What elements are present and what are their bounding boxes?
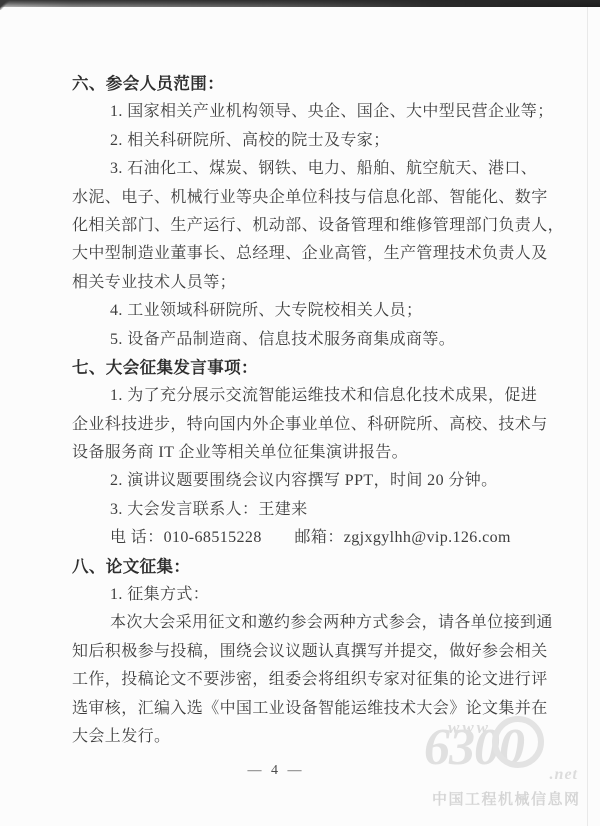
doc-line: 3. 石油化工、煤炭、钢铁、电力、船舶、航空航天、港口、: [72, 155, 548, 183]
scanned-document-page: 六、参会人员范围： 1. 国家相关产业机构领导、央企、国企、大中型民营企业等； …: [0, 0, 600, 826]
doc-line: 5. 设备产品制造商、信息技术服务商集成商等。: [72, 326, 548, 354]
section-heading: 七、大会征集发言事项：: [72, 354, 548, 382]
section-heading: 六、参会人员范围：: [72, 70, 548, 98]
doc-line: 本次大会采用征文和邀约参会两种方式参会，请各单位接到通: [72, 609, 548, 637]
section-heading: 八、论文征集：: [72, 553, 548, 581]
watermark-site-name: 中国工程机械信息网: [432, 788, 581, 809]
doc-line: 3. 大会发言联系人：王建来: [72, 496, 548, 524]
doc-line: 大中型制造业董事长、总经理、企业高管，生产管理技术负责人及: [72, 240, 548, 268]
doc-line: 水泥、电子、机械行业等央企单位科技与信息化部、智能化、数字: [72, 184, 548, 212]
scan-top-edge-artifact: [0, 0, 600, 7]
page-edge-line: [587, 7, 588, 826]
scan-corner-artifact: [0, 0, 9, 10]
watermark-net-text: .net: [550, 766, 578, 784]
doc-line: 1. 国家相关产业机构领导、央企、国企、大中型民营企业等；: [72, 98, 548, 126]
doc-line: 设备服务商 IT 企业等相关单位征集演讲报告。: [72, 439, 548, 467]
document-body: 六、参会人员范围： 1. 国家相关产业机构领导、央企、国企、大中型民营企业等； …: [72, 70, 548, 751]
doc-line: 1. 为了充分展示交流智能运维技术和信息化技术成果，促进: [72, 382, 548, 410]
doc-line: 2. 相关科研院所、高校的院士及专家；: [72, 127, 548, 155]
doc-line: 2. 演讲议题要围绕会议内容撰写 PPT，时间 20 分钟。: [72, 467, 548, 495]
doc-line: 工作，投稿论文不要涉密，组委会将组织专家对征集的论文进行评: [72, 666, 548, 694]
watermark-ring-icon: [492, 716, 544, 768]
contact-info-line: 电 话：010-68515228 邮箱：zgjxgylhh@vip.126.co…: [72, 524, 548, 552]
doc-line: 知后积极参与投稿，围绕会议议题认真撰写并提交，做好参会相关: [72, 638, 548, 666]
doc-line: 化相关部门、生产运行、机动部、设备管理和维修管理部门负责人，: [72, 212, 548, 240]
doc-line: 1. 征集方式：: [72, 581, 548, 609]
doc-line: 4. 工业领域科研院所、大专院校相关人员；: [72, 297, 548, 325]
doc-line: 企业科技进步，特向国内外企事业单位、科研院所、高校、技术与: [72, 411, 548, 439]
doc-line: 相关专业技术人员等；: [72, 269, 548, 297]
site-watermark: www. 6300 .net 中国工程机械信息网: [408, 718, 586, 810]
